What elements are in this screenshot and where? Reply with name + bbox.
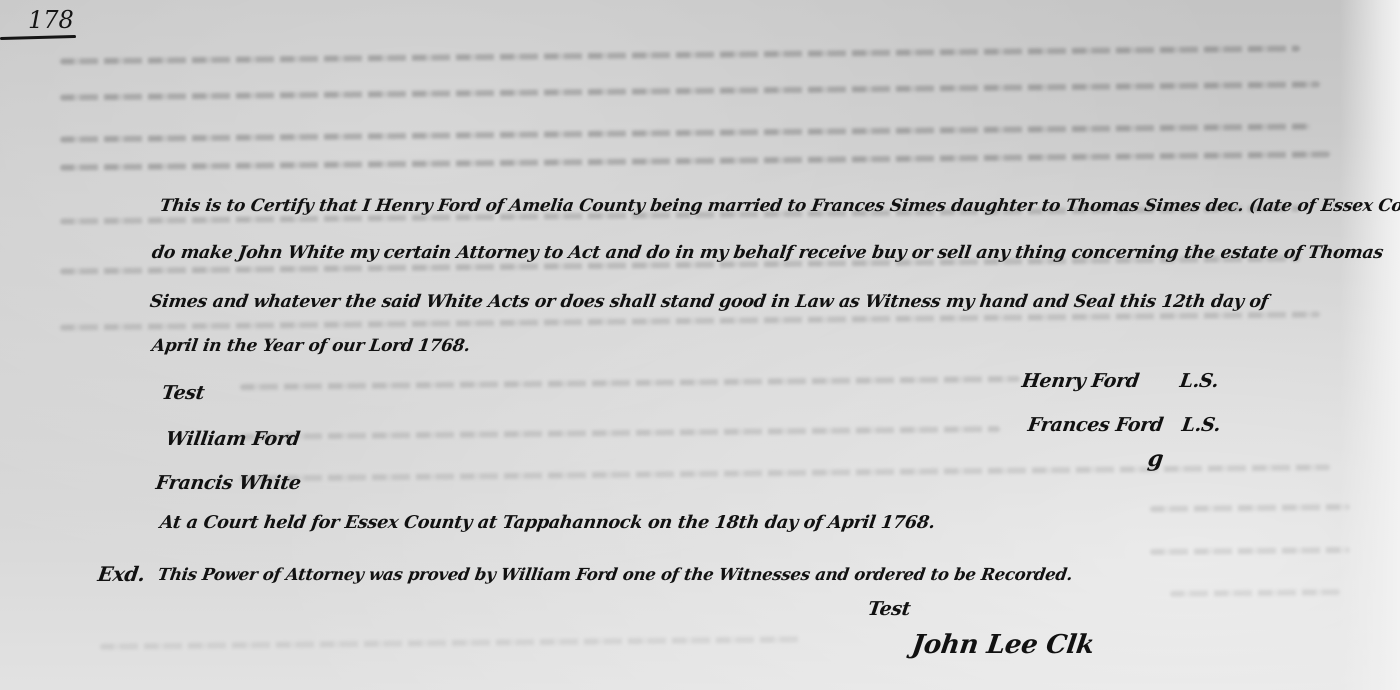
scanned-document-page: 178 This is to Certify that I Henry Ford…: [0, 0, 1400, 690]
bleed-through-line: [240, 464, 1330, 481]
page-edge: [1340, 0, 1400, 690]
witness-name: Francis White: [154, 472, 302, 494]
body-line-2: do make John White my certain Attorney t…: [151, 243, 1385, 263]
page-number-underline: [0, 35, 76, 40]
bleed-through-line: [100, 636, 800, 649]
body-line-3: Simes and whatever the said White Acts o…: [149, 292, 1270, 312]
grantor-signature: Henry Ford: [1020, 370, 1140, 392]
bleed-through-line: [240, 426, 1000, 440]
witness-name: William Ford: [164, 428, 301, 450]
seal-mark: L.S.: [1180, 414, 1222, 436]
grantor-signature: Frances Ford: [1026, 414, 1164, 436]
attestation-label: Test: [866, 598, 911, 620]
bleed-through-line: [60, 81, 1320, 100]
bleed-through-line: [60, 151, 1330, 170]
body-line-1: This is to Certify that I Henry Ford of …: [159, 196, 1400, 216]
bleed-through-line: [60, 46, 1300, 65]
body-line-4: April in the Year of our Lord 1768.: [151, 336, 472, 356]
proved-line: This Power of Attorney was proved by Wil…: [157, 564, 1074, 584]
witness-label: Test: [160, 382, 205, 404]
court-line: At a Court held for Essex County at Tapp…: [159, 512, 937, 533]
margin-note: Exd.: [96, 562, 146, 586]
bleed-through-line: [60, 311, 1320, 330]
clerk-signature: John Lee Clk: [910, 630, 1096, 660]
bleed-through-line: [1170, 589, 1340, 597]
bleed-through-line: [240, 376, 1020, 390]
bleed-through-line: [1150, 547, 1350, 555]
page-number: 178: [28, 6, 74, 34]
bleed-through-line: [1150, 504, 1350, 512]
seal-mark: L.S.: [1178, 370, 1220, 392]
bleed-through-line: [60, 123, 1310, 142]
